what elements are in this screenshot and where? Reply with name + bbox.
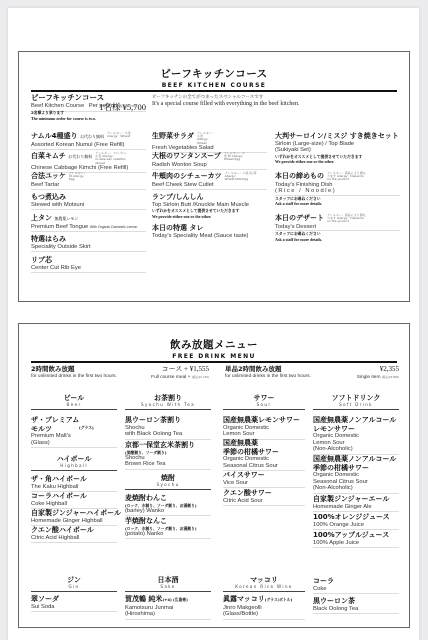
item-name-jp: 黒ウーロン茶 [313,597,399,606]
item-name-jp: クエン酸サワー [223,489,305,498]
category-jp: 焼酎 [125,474,211,482]
drink-item: 100%オレンジジュース 100% Orange Juice [313,513,399,530]
item-name-jp: 生野菜サラダ [152,132,194,140]
title-divider [31,361,397,363]
allergy-note: アレルギー：小麦,卵 Allergy：Wheat,Egg [224,152,248,162]
item-name-en: Citric Acid Highball [31,535,117,542]
menu-item: 本日のデザートアレルギー：商品により異なります Allergy：Depends … [275,214,400,242]
item-name-jp: 特選はらみ [31,235,146,244]
min-order-en: The minimum order for course is two. [31,116,96,121]
per-person-label: Per person [89,103,117,109]
item-name-en: Top Sirloin Butt /Knuckle Main Muscle [152,202,267,209]
item-name-jp: 自家製ジンジャーハイボール [31,509,117,518]
plan-name: 単品2時間飲み放題 [225,365,282,373]
category-jp: お茶割り [125,394,211,402]
allergy-note: アレルギー：小麦,乳,卵 Allergy：Wheat,Milk,Egg [225,172,257,182]
allergy-note: アレルギー：エビ,カニ,小麦 Allergy：Crustacean shellf… [95,152,127,165]
item-name-jp: 本日の締めもの [275,172,324,180]
item-name-jp: 国産無農薬 [223,439,305,448]
category-en: Soft Drink [313,402,399,407]
plan-name: 2時間飲み放題 [31,365,75,373]
item-name-en-2: (Rice / Noodle) [275,188,400,196]
allergy-note: アレルギー：商品により異なります Allergy：Depends on the … [327,214,367,224]
item-name-en: Coke [313,586,399,593]
drink-title-jp: 飲み放題メニュー [19,337,409,352]
item-sub-jp: お代わり無料 [80,134,104,139]
category-en: Sour [223,402,305,407]
menu-item: 本日の締めものアレルギー：商品により異なります Allergy：Depends … [275,172,400,206]
plan-price-note: Single item [357,375,381,380]
item-name-en: Organic Domestic [313,433,399,440]
item-note-en: We provide either one or the other. [275,159,400,164]
drink-item: 芋焼酎なんこ (ロック、水割り、ソーダ割り、お湯割り) (potato) Nan… [125,517,211,539]
min-order-note: 2名様より承ります The minimum order for course i… [31,111,96,121]
item-name-jp: 上タン [31,214,52,222]
menu-item: 上タン 無農薬レモン Premium Beef Tongue With Orga… [31,214,146,232]
drink-item: ザ・プレミアム モルツ Premium Malt's (Glass) [31,416,117,448]
item-name-en: Fresh Vegetables Salad [152,145,267,152]
item-name-en: 100% Apple Juice [313,540,399,547]
drink-item: 国産無農薬 季節の柑橘サワー Organic Domestic Seasonal… [223,439,305,471]
plan-tax: (税込¥1,710) [192,375,209,379]
item-name-en: Premium Beef Tongue [31,224,88,230]
drink-item: 翠ソーダ Sui Soda [31,595,117,612]
item-name-jp: リブ芯 [31,256,146,265]
category-beer: ビール Beer [31,394,117,410]
item-name-jp: 自家製ジンジャーエール [313,495,399,504]
item-name-en: Shochu [125,425,211,432]
plan-price: コース + ¥1,555 [162,365,209,374]
category-tea: お茶割り Syochu With Tea [125,394,211,410]
item-name-en: Premium Malt's (Glass) [31,433,81,446]
category-highball: ハイボール Highball [31,455,117,471]
item-name-jp: 国産無農薬ノンアルコール [313,416,399,425]
item-name-en: Coke Highball [31,501,117,508]
item-name-en: Assorted Korean Numul (Free Refill) [31,142,146,149]
menu-item: 大根のワンタンスープアレルギー：小麦,卵 Allergy：Wheat,Egg R… [152,152,267,170]
item-name-en: Citric Acid Sour [223,498,305,505]
item-name-jp: 100%アップルジュース [313,531,399,540]
plan-price: ¥2,355 [380,365,399,374]
category-shochu: 焼酎 Syochu [125,474,211,490]
item-name-jp: コーラ [313,577,399,586]
item-name-jp: クエン酸ハイボール [31,526,117,535]
item-note-en: Ask a staff for more details. [275,237,400,242]
item-name-jp: ナムル4種盛り [31,132,78,140]
category-en: Gin [31,584,117,589]
category-jp: サワー [223,394,305,402]
allergy-note: アレルギー：小麦 Allergy：Wheat [107,132,135,138]
item-name-en: (potato) Nanko [125,531,211,538]
category-jp: ジン [31,576,117,584]
item-name-jp: コーラハイボール [31,492,117,501]
item-name-en: Center Cut Rib Eye [31,265,146,272]
item-name-en: Organic Domestic [313,472,399,479]
item-name-en: Jinro Makgeolli [223,605,305,612]
item-name-jp: ザ・プレミアム モルツ [31,416,81,433]
item-name-en-2: Brown Rice Tea [125,461,211,468]
free-drink-panel: 飲み放題メニュー FREE DRINK MENU 2時間飲み放題コース + ¥1… [18,323,410,628]
drink-item: ザ・角ハイボール The Kaku Highball [31,475,117,492]
drink-item: コーラ Coke [313,577,399,594]
item-name-en: Black Oolong Tea [313,606,399,613]
item-name-jp: 大判サーロイン/ミスジ すき焼きセット [275,132,400,141]
drink-item: 自家製ジンジャーハイボール Homemade Ginger Highball [31,509,117,526]
course-tax: (税込¥6,270) [119,104,136,108]
item-name-en: (barley) Wanko [125,508,211,515]
allergy-note: アレルギー：卵 Allergy：Egg [69,172,89,182]
menu-item: 本日の特選 タレ Today's Speciality Meat (Sauce … [152,224,267,239]
course-name-en: Beef Kitchen Course [31,103,84,109]
drink-item: 国産無農薬レモンサワー Organic Domestic Lemon Sour [223,416,305,440]
item-name-en: Today's Finishing Dish [275,182,400,189]
item-name-jp: 合法ユッケ [31,172,66,180]
drink-title-en: FREE DRINK MENU [19,353,409,360]
item-name-en: Stewed with Motsuni [31,202,146,209]
item-name-en: Radish Wonton Soup [152,162,267,169]
item-name-en: Vice Sour [223,480,305,487]
category-makgeolli: マッコリ Korean Rice Wine [223,576,305,592]
drink-item: 国産無農薬ノンアルコール 季節の柑橘サワー Organic Domestic S… [313,455,399,494]
beef-course-panel: ビーフキッチンコース BEEF KITCHEN COURSE ビーフキッチンコー… [18,51,410,302]
drink-item: クエン酸サワー Citric Acid Sour [223,489,305,506]
category-jp: マッコリ [223,576,305,584]
item-name-en: Today's Speciality Meat (Sauce taste) [152,233,267,240]
item-sub-jp: お代わり無料 [68,154,92,159]
item-name-jp: 大根のワンタンスープ [152,152,221,160]
item-name-en: Speciality Outside Skirt [31,244,146,251]
plan-2h: 2時間飲み放題コース + ¥1,555 for unlimited drinks… [31,365,209,381]
category-jp: ビール [31,394,117,402]
menu-item: 白菜キムチ お代わり無料アレルギー：エビ,カニ,小麦 Allergy：Crust… [31,152,146,173]
menu-item: 大判サーロイン/ミスジ すき焼きセット Sirloin (Large-size)… [275,132,400,164]
item-name-en-2: (Sukiyaki Set) [275,147,400,154]
item-name-en: Shochu [125,455,211,462]
item-name-jp: 黒ウーロン茶割り [125,416,211,425]
plan-desc: for unlimited drinks in the first two ho… [31,374,117,379]
item-name-jp: 眞露マッコリ [223,595,265,603]
item-note-en: Ask a staff for more details. [275,201,400,206]
category-en: Syochu With Tea [125,402,211,407]
item-name-jp: 芋焼酎なんこ [125,517,211,526]
menu-item: ランプ/しんしん Top Sirloin Butt /Knuckle Main … [152,193,267,219]
item-name-jp-2: 季節の柑橘サワー [223,448,305,457]
item-name-jp: 本日のデザート [275,214,324,222]
category-sake: 日本酒 Sake [125,576,211,592]
item-sub-jp: (グラス/ボトル) [265,597,293,602]
drink-item: 京都一保堂玄米茶割り (炭酸割り、ソーダ割り) Shochu Brown Ric… [125,441,211,470]
item-name-en: The Kaku Highball [31,484,117,491]
item-name-jp: 牛頬肉のシチューカツ [152,172,222,180]
item-name-jp: ザ・角ハイボール [31,475,117,484]
item-name-en-2: Seasonal Citrus Sour [223,463,305,470]
item-name-en: Beef Cheek Stew Cutlet [152,182,267,189]
item-name-en-2: Lemon Sour [223,431,305,438]
item-name-jp: 国産無農薬レモンサワー [223,416,305,425]
title-divider [31,90,397,92]
item-name-jp: 国産無農薬ノンアルコール [313,455,399,464]
category-en: Highball [31,463,117,468]
item-name-en-3: (Non-Alcoholic) [313,446,399,453]
item-name-jp: 100%オレンジジュース [313,513,399,522]
item-name-en: Chinese Cabbage Kimchi (Free Refill) [31,165,146,172]
drink-item: 麦焼酎わんこ (ロック、水割り、ソーダ割り、お湯割り) (barley) Wan… [125,494,211,516]
item-name-en: Sui Soda [31,604,117,611]
item-name-jp: 本日の特選 タレ [152,224,267,233]
course-desc-en: It's a special course filled with everyt… [152,101,300,108]
drink-item: クエン酸ハイボール Citric Acid Highball [31,526,117,543]
item-name-jp-2: レモンサワー [313,425,399,434]
course-name-jp: ビーフキッチンコース [31,93,104,102]
menu-item: 牛頬肉のシチューカツアレルギー：小麦,乳,卵 Allergy：Wheat,Mil… [152,172,267,190]
beef-title-jp: ビーフキッチンコース [19,66,409,81]
item-name-en: Kamotsuru Junmai [125,605,211,612]
item-name-en: Sirloin (Large-size) / Top Blade [275,141,400,148]
menu-item: 生野菜サラダアレルギー：小麦 Allergy：Wheat Fresh Veget… [152,132,267,153]
allergy-note: アレルギー：商品により異なります Allergy：Depends on the … [327,172,367,182]
drink-item: 自家製ジンジャーエール Homemade Ginger Ale [313,495,399,512]
item-name-en: Organic Domestic [223,425,305,432]
item-name-en: Beef Tartar [31,182,146,189]
category-sour: サワー Sour [223,394,305,410]
course-description: ビーフキッチンの全てがつまったスペシャルコースです It's a special… [152,95,300,108]
category-en: Sake [125,584,211,589]
item-sub-jp: 無農薬レモン [54,216,78,221]
item-name-jp: ランプ/しんしん [152,193,267,202]
item-name-en-2: (Hiroshima) [125,611,211,618]
item-name-jp-2: 季節の柑橘サワー [313,464,399,473]
plan-desc: for unlimited drinks in the first two ho… [225,374,311,379]
allergy-note: アレルギー：小麦 Allergy：Wheat [197,132,217,145]
drink-item: バイスサワー Vice Sour [223,471,305,488]
drink-item: 賀茂鶴 純米(+4) (広島県) Kamotsuru Junmai (Hiros… [125,595,211,620]
drink-item: 眞露マッコリ(グラス/ボトル) Jinro Makgeolli (Glass/B… [223,595,305,620]
item-name-en: Homemade Ginger Highball [31,518,117,525]
item-name-jp: 麦焼酎わんこ [125,494,211,503]
drink-item: 国産無農薬ノンアルコール レモンサワー Organic Domestic Lem… [313,416,399,455]
menu-item: ナムル4種盛り お代わり無料アレルギー：小麦 Allergy：Wheat Ass… [31,132,146,150]
category-jp: ハイボール [31,455,117,463]
drink-item: 黒ウーロン茶割り Shochu with Black Oolong Tea [125,416,211,440]
menu-item: リブ芯 Center Cut Rib Eye [31,256,146,273]
item-name-en: Homemade Ginger Ale [313,504,399,511]
menu-item: 合法ユッケアレルギー：卵 Allergy：Egg Beef Tartar [31,172,146,190]
item-name-en-2: Seasonal Citrus Sour [313,479,399,486]
drink-item: コーラハイボール Coke Highball [31,492,117,509]
item-name-en: Organic Domestic [223,456,305,463]
beef-title-en: BEEF KITCHEN COURSE [19,82,409,89]
item-name-en-3: (Non-Alcoholic) [313,485,399,492]
item-sub-jp: (+4) (広島県) [162,597,187,602]
category-jp: 日本酒 [125,576,211,584]
item-name-en-2: (Glass/Bottle) [223,611,305,618]
drink-item: 100%アップルジュース 100% Apple Juice [313,531,399,548]
plan-price-note: Full course meal + [151,375,190,380]
category-soft-drink: ソフトドリンク Soft Drink [313,394,399,410]
item-name-en: 100% Orange Juice [313,522,399,529]
plan-tax: (税込¥2,590) [382,375,399,379]
item-sub-en: With Organic Domestic Lemon [90,225,137,229]
category-en: Syochu [125,482,211,487]
item-name-jp: 京都一保堂玄米茶割り [125,441,211,450]
item-name-jp: 白菜キムチ [31,152,66,160]
menu-item: もつ煮込み Stewed with Motsuni [31,193,146,210]
category-en: Beer [31,402,117,407]
menu-page: ビーフキッチンコース BEEF KITCHEN COURSE ビーフキッチンコー… [8,8,419,640]
item-sub-jp: (グラス) [79,424,94,433]
item-name-jp: もつ煮込み [31,193,146,202]
item-name-jp: 翠ソーダ [31,595,117,604]
menu-item: 特選はらみ Speciality Outside Skirt [31,235,146,252]
item-name-jp: 賀茂鶴 純米 [125,595,162,603]
drink-item: 黒ウーロン茶 Black Oolong Tea [313,597,399,614]
item-note-en: We provide either one or the other. [152,214,267,219]
category-gin: ジン Gin [31,576,117,592]
item-name-jp: バイスサワー [223,471,305,480]
item-name-en-2: with Black Oolong Tea [125,431,211,438]
category-jp: ソフトドリンク [313,394,399,402]
item-name-en: Today's Dessert [275,224,400,232]
item-name-en-2: Lemon Sour [313,440,399,447]
category-en: Korean Rice Wine [223,584,305,589]
plan-single-2h: 単品2時間飲み放題¥2,355 for unlimited drinks in … [225,365,399,381]
